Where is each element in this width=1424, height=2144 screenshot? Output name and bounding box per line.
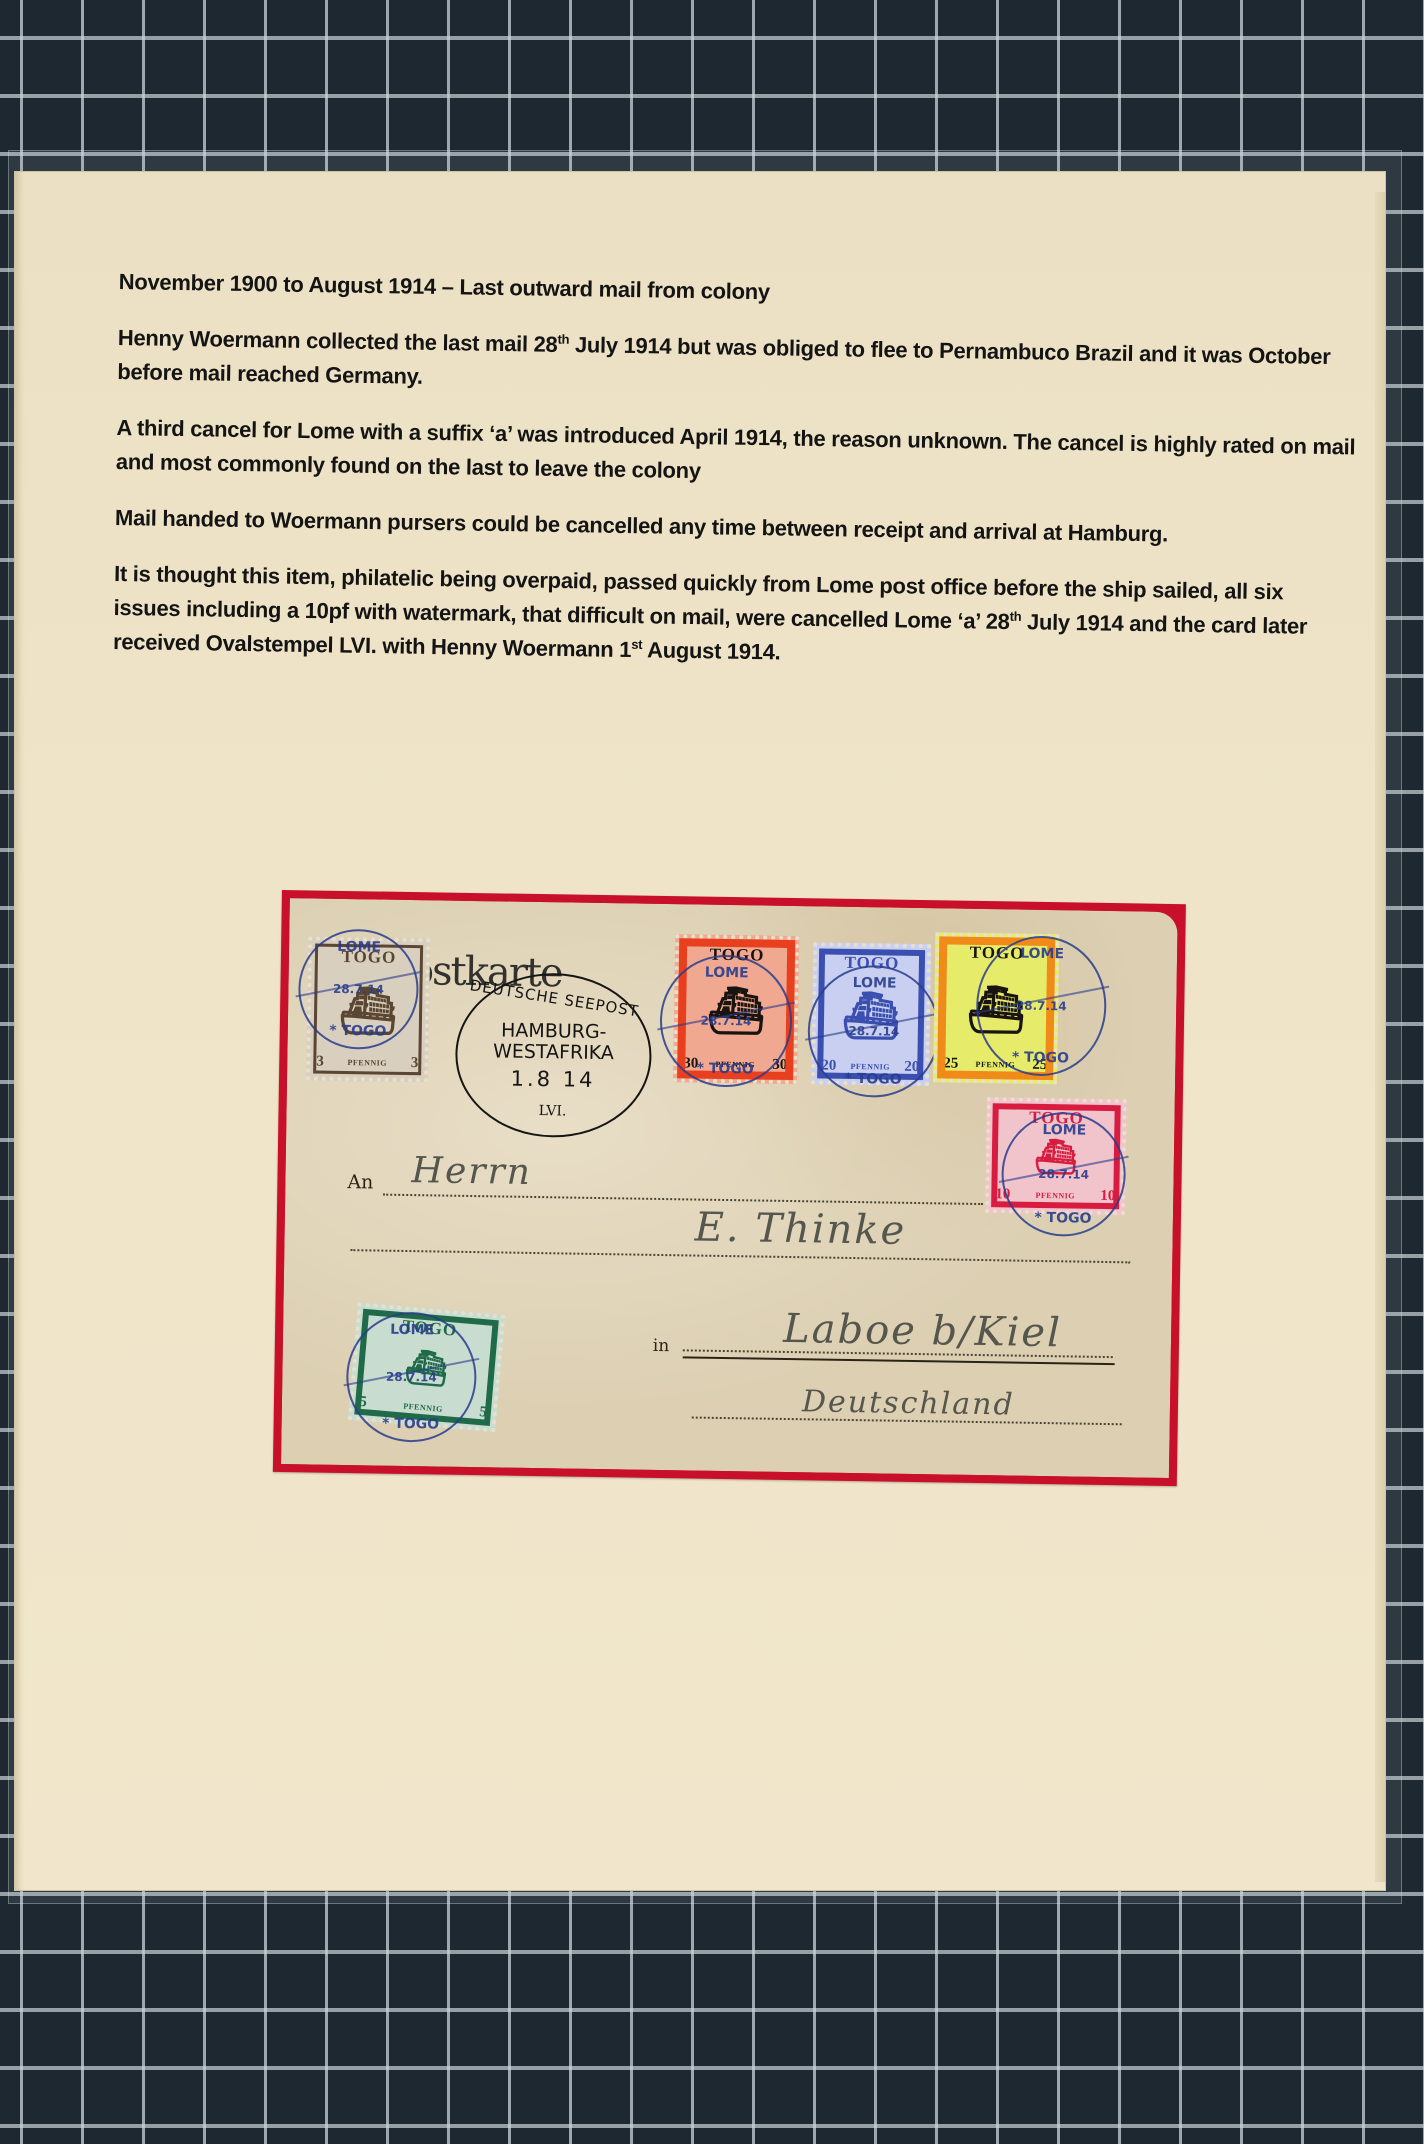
address-line-1 (383, 1194, 983, 1205)
description-text: November 1900 to August 1914 – Last outw… (112, 265, 1358, 700)
address-label-in: in (653, 1336, 670, 1356)
paragraph-4: It is thought this item, philatelic bein… (113, 557, 1354, 678)
oval-postmark: DEUTSCHE SEEPOST HAMBURG-WESTAFRIKA 1.8 … (454, 972, 653, 1139)
postcard: Postkarte TOGO ⛴ 3PFENNIG3 LOME28.7.14* … (281, 898, 1178, 1478)
page-edge (1375, 192, 1385, 1882)
lome-cancel: LOME28.7.14* TOGO (1001, 1111, 1127, 1237)
handwriting-country: Deutschland (802, 1384, 1015, 1422)
page-title: November 1900 to August 1914 – Last outw… (118, 265, 1358, 318)
address-line-3-underline (683, 1356, 1115, 1365)
paragraph-1: Henny Woermann collected the last mail 2… (117, 321, 1358, 408)
red-mount: Postkarte TOGO ⛴ 3PFENNIG3 LOME28.7.14* … (273, 890, 1186, 1486)
address-label-an: An (347, 1171, 373, 1193)
paragraph-2: A third cancel for Lome with a suffix ‘a… (116, 411, 1357, 498)
lome-cancel: LOME28.7.14* TOGO (975, 935, 1107, 1077)
handwriting-town: Laboe b/Kiel (783, 1306, 1062, 1356)
handwriting-herrn: Herrn (411, 1150, 532, 1193)
handwriting-name: E. Thinke (694, 1205, 906, 1254)
paragraph-3: Mail handed to Woermann pursers could be… (115, 501, 1355, 554)
